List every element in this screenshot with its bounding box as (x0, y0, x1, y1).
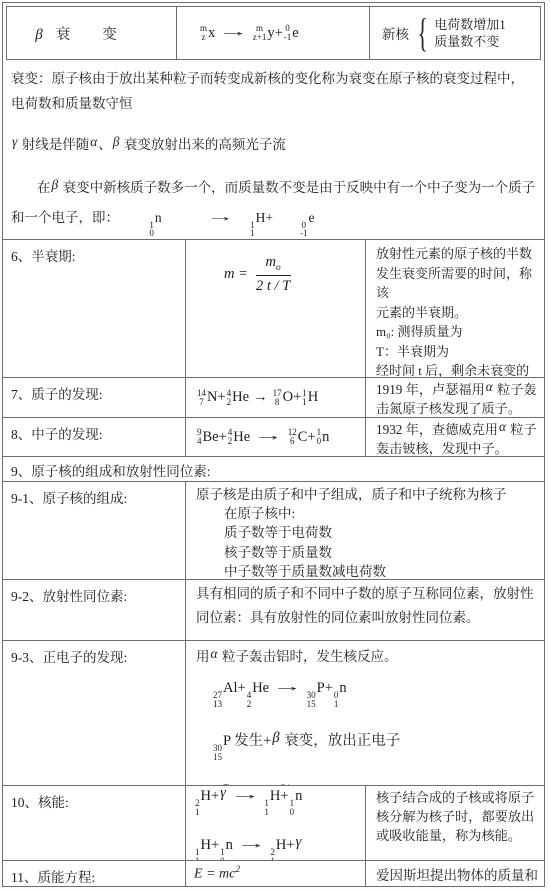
new-nucleus-properties: 电荷数增加1质量数不变 (434, 16, 506, 50)
phosphorus-decay-text: 3015P 发生+β 衰变，放出正电子 (212, 729, 538, 761)
decay-definition-text: 衰变：原子核由于放出某种粒子而转变成新核的变化称为衰变在原子核的衰变过程中，电荷… (11, 66, 536, 116)
nuclear-energy-label: 10、核能: (3, 786, 186, 860)
beta-symbol: β (34, 27, 43, 44)
row-radioactive-isotope: 9-2、放射性同位素: 具有相同的质子和不同中子数的原子互称同位素，放射性同位素… (3, 580, 544, 641)
nucleus-composition-label: 9-1、原子核的组成: (3, 482, 186, 579)
nuclear-energy-formula-cell: 21H+γ→11H+10n 11H+10n→21H+γ (186, 786, 366, 860)
physics-notes-page: β 衰变 mzx→mz+1y+0-1e 新核 { 电荷数增加1质量数不变 衰变：… (0, 0, 550, 892)
half-life-fraction: mo2 t / T (256, 254, 291, 295)
proton-discovery-formula: 147N+42He→178O+11H (186, 378, 366, 417)
half-life-note: 放射性元素的原子核的半数发生衰变所需要的时间，称该元素的半衰期。m₀: 测得质量… (366, 240, 544, 377)
beta-decay-formula: mzx→mz+1y+0-1e (177, 7, 370, 59)
gamma-ray-text: γ 射线是伴随α、β 衰变放射出来的高频光子流 (11, 132, 536, 157)
half-life-formula-cell: m = mo2 t / T (186, 240, 366, 377)
row-nuclear-energy: 10、核能: 21H+γ→11H+10n 11H+10n→21H+γ 核子结合成… (3, 786, 544, 861)
brace-icon: { (417, 13, 428, 53)
row-nucleus-composition: 9-1、原子核的组成: 原子核是由质子和中子组成，质子和中子统称为核子在原子核中… (3, 482, 544, 580)
radioactive-isotope-text: 具有相同的质子和不同中子数的原子互称同位素，放射性同位素：具有放射性的同位素叫放… (186, 580, 544, 640)
proton-discovery-note: 1919 年，卢瑟福用α 粒子轰击氮原子核发现了质子。 (366, 378, 544, 417)
positron-discovery-cell: 用α 粒子轰击铝时，发生核反应。 2713Al+42He→3015P+01n 3… (186, 641, 544, 785)
proton-discovery-label: 7、质子的发现: (3, 378, 186, 417)
row-positron-discovery: 9-3、正电子的发现: 用α 粒子轰击铝时，发生核反应。 2713Al+42He… (3, 641, 544, 786)
nuclear-energy-note: 核子结合成的子核或将原子核分解为核子时，都要放出或吸收能量，称为核能。 (366, 786, 544, 860)
mass-energy-formula: E = mc2 (186, 861, 366, 887)
fraction-denominator: 2 t / T (256, 276, 291, 295)
half-life-formula-lhs: m = (224, 266, 252, 282)
positron-discovery-label: 9-3、正电子的发现: (3, 641, 186, 785)
new-nucleus-cell: 新核 { 电荷数增加1质量数不变 (370, 7, 540, 59)
positron-discovery-intro: 用α 粒子轰击铝时，发生核反应。 (196, 645, 538, 665)
decay-intro-section: 衰变：原子核由于放出某种粒子而转变成新核的变化称为衰变在原子核的衰变过程中，电荷… (3, 60, 544, 240)
beta-decay-explanation-text: 在β 衰变中新核质子数多一个，而质量数不变是由于反映中有一个中子变为一个质子和一… (11, 173, 536, 238)
new-nucleus-label: 新核 (382, 23, 409, 43)
beta-decay-label-cell: β 衰变 (7, 7, 177, 59)
neutron-discovery-note: 1932 年，查德威克用α 粒子轰击铍核，发现中子。 (366, 418, 544, 456)
mass-energy-label: 11、质能方程: (3, 861, 186, 887)
neutron-discovery-label: 8、中子的发现: (3, 418, 186, 456)
deuterium-fusion-formula: 11H+10n→21H+γ (194, 837, 357, 860)
deuterium-split-formula: 21H+γ→11H+10n (194, 788, 357, 816)
nucleus-composition-text: 原子核是由质子和中子组成，质子和中子统称为核子在原子核中:质子数等于电荷数核子数… (186, 482, 544, 579)
radioactive-isotope-label: 9-2、放射性同位素: (3, 580, 186, 640)
neutron-discovery-formula: 94Be+42He→126C+10n (186, 418, 366, 456)
mass-energy-note: 爱因斯坦提出物体的质量和 (366, 861, 544, 887)
silicon-reaction-formula: 3015P→3014Si+01e (212, 782, 538, 785)
aluminium-reaction-formula: 2713Al+42He→3015P+01n (212, 680, 538, 708)
beta-decay-label: 衰变 (56, 23, 149, 44)
half-life-label: 6、半衰期: (3, 240, 186, 377)
row-neutron-discovery: 8、中子的发现: 94Be+42He→126C+10n 1932 年，查德威克用… (3, 418, 544, 457)
beta-decay-row: β 衰变 mzx→mz+1y+0-1e 新核 { 电荷数增加1质量数不变 (6, 6, 541, 60)
fraction-numerator: mo (256, 254, 291, 276)
row-half-life: 6、半衰期: m = mo2 t / T 放射性元素的原子核的半数发生衰变所需要… (3, 240, 544, 378)
row-proton-discovery: 7、质子的发现: 147N+42He→178O+11H 1919 年，卢瑟福用α… (3, 378, 544, 418)
row-nucleus-composition-header: 9、原子核的组成和放射性同位素: (3, 457, 544, 482)
half-life-formula: m = mo2 t / T (224, 266, 291, 282)
row-mass-energy-equation: 11、质能方程: E = mc2 爱因斯坦提出物体的质量和 (3, 861, 544, 887)
notes-table-sheet: β 衰变 mzx→mz+1y+0-1e 新核 { 电荷数增加1质量数不变 衰变：… (2, 2, 545, 887)
